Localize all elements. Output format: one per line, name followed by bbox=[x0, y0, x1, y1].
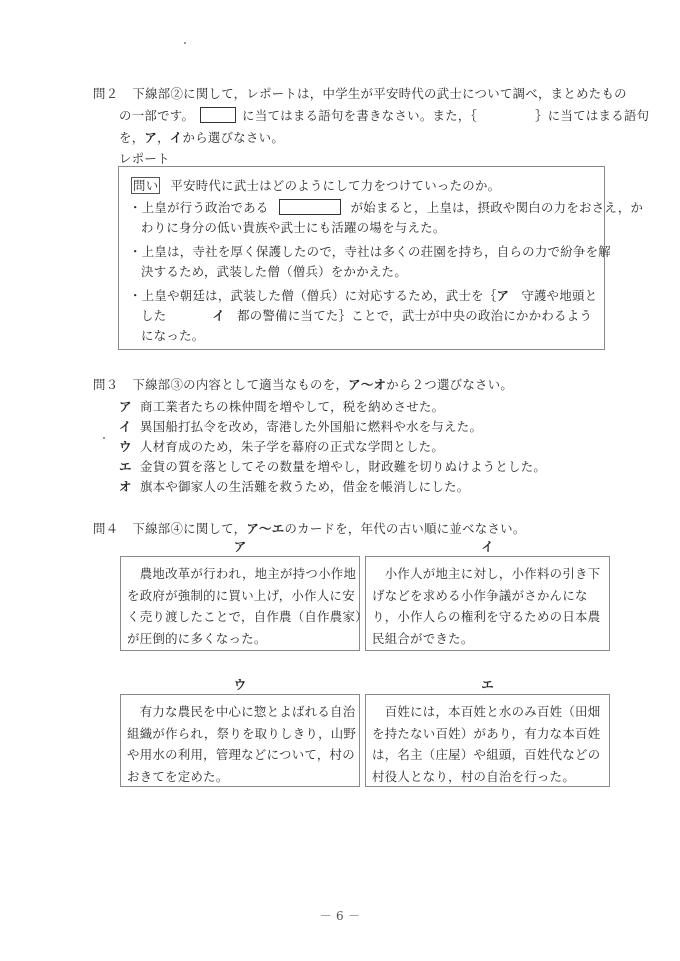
answer-blank-box bbox=[279, 199, 341, 215]
question-tag: 問い bbox=[131, 177, 160, 194]
q3-option-o: オ旗本や御家人の生活難を救うため，借金を帳消しにした。 bbox=[119, 477, 469, 497]
q3-option-u: ウ人材育成のため，朱子学を幕府の正式な学問とした。 bbox=[119, 437, 444, 457]
answer-blank-box bbox=[200, 107, 236, 123]
q2-line-1: 問２下線部②に関して，レポートは，中学生が平安時代の武士について調べ，まとめたも… bbox=[93, 84, 627, 104]
q3-option-a: ア商工業者たちの株仲間を増やして，税を納めさせた。 bbox=[119, 397, 444, 417]
bullet-1-line-1: ・上皇が行う政治であるが始まると，上皇は，摂政や関白の力をおさえ，か bbox=[129, 198, 643, 218]
bullet-1-line-2: わりに身分の低い貴族や武士にも活躍の場を与えた。 bbox=[141, 218, 446, 238]
q2-number: 問２ bbox=[93, 86, 118, 101]
q4-number: 問４ bbox=[93, 521, 118, 536]
card-e-label: エ bbox=[365, 675, 610, 693]
card-u-label: ウ bbox=[120, 675, 360, 693]
q4-prompt: 問４下線部④に関して，ア～エのカードを，年代の古い順に並べなさい。 bbox=[93, 519, 526, 539]
card-a: 農地改革が行われ，地主が持つ小作地 を政府が強制的に買い上げ，小作人に安 く売り… bbox=[120, 556, 360, 651]
q3-prompt: 問３下線部③の内容として適当なものを，ア～オから２つ選びなさい。 bbox=[93, 375, 513, 395]
bullet-3-line-1: ・上皇や朝廷は，武装した僧（僧兵）に対応するため，武士を｛ア守護や地頭と bbox=[129, 286, 597, 306]
bullet-3-line-3: になった。 bbox=[141, 326, 204, 346]
q3-option-i: イ異国船打払令を改め，寄港した外国船に燃料や水を与えた。 bbox=[119, 417, 482, 437]
q3-option-e: エ金貨の質を落としてその数量を増やし，財政難を切りぬけようとした。 bbox=[119, 457, 546, 477]
report-question: 問い平安時代に武士はどのようにして力をつけていったのか。 bbox=[131, 176, 500, 196]
card-u: 有力な農民を中心に惣とよばれる自治 組織が作られ，祭りを取りしきり，山野 や用水… bbox=[120, 694, 360, 787]
q2-line-3: を，ア，イから選びなさい。 bbox=[119, 128, 284, 148]
card-i: 小作人が地主に対し，小作料の引き下 げなどを求める小作争議がさかんにな り，小作… bbox=[365, 556, 610, 651]
card-i-label: イ bbox=[365, 537, 610, 555]
bullet-2-line-1: ・上皇は，寺社を厚く保護したので，寺社は多くの荘園を持ち，自らの力で紛争を解 bbox=[129, 242, 611, 262]
card-e: 百姓には，本百姓と水のみ百姓（田畑 を持たない百姓）があり，有力な本百姓 は，名… bbox=[365, 694, 610, 787]
page-number: － 6 － bbox=[0, 906, 680, 926]
bullet-3-line-2: したイ都の警備に当てた｝ことで，武士が中央の政治にかかわるよう bbox=[141, 306, 592, 326]
report-box: 問い平安時代に武士はどのようにして力をつけていったのか。 ・上皇が行う政治である… bbox=[118, 166, 605, 350]
card-a-label: ア bbox=[120, 537, 360, 555]
scan-speck bbox=[103, 437, 105, 439]
bullet-2-line-2: 決するため，武装した僧（僧兵）をかかえた。 bbox=[141, 262, 407, 282]
q2-line-2: の一部です。に当てはまる語句を書きなさい。また，｛｝に当てはまる語句 bbox=[119, 106, 649, 126]
q3-number: 問３ bbox=[93, 377, 118, 392]
scan-speck bbox=[184, 42, 186, 44]
